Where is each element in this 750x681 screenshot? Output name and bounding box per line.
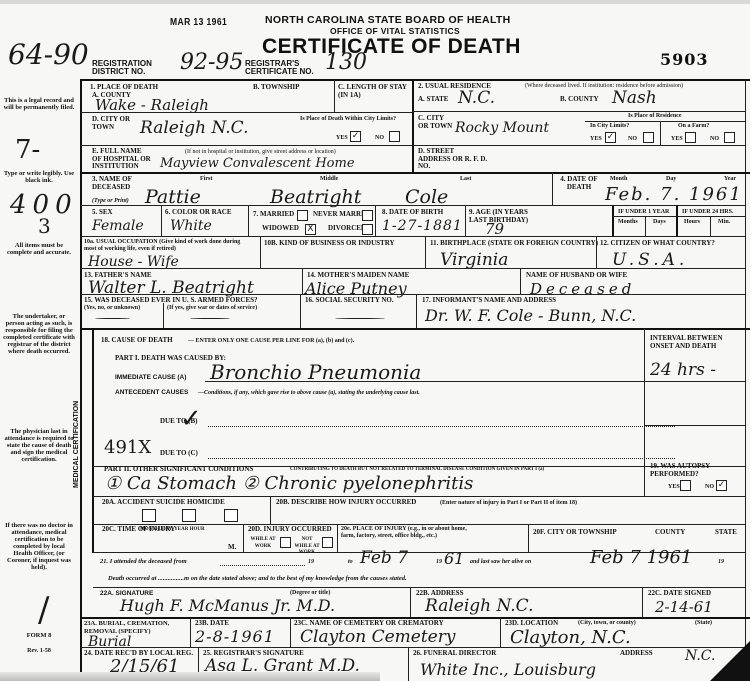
- note-type-legibly: Type or write legibly. Use black ink.: [3, 170, 75, 184]
- divider: [642, 587, 643, 617]
- city-limits-yes-label: YES: [590, 136, 602, 143]
- occupation-label: 10a. USUAL OCCUPATION (Give kind of work…: [84, 239, 254, 252]
- divider: [676, 205, 678, 236]
- divider: [80, 112, 412, 113]
- middle-name-label: Middle: [320, 176, 338, 183]
- institution-hint: (If not in hospital or institution, give…: [185, 149, 336, 156]
- form-revision: Rev. 1-58: [3, 648, 75, 655]
- type-or-print-hint: (Type or Print): [92, 198, 129, 205]
- scan-edge: [0, 0, 750, 4]
- injury-state-label: STATE: [715, 529, 737, 537]
- divider: [93, 496, 745, 497]
- due-to-c-label: DUE TO (c): [160, 450, 198, 458]
- antecedent-causes-hint: —Conditions, if any, which gave rise to …: [198, 390, 420, 397]
- attended-to-19-label: 19: [436, 559, 442, 566]
- armed-forces-label: 15. WAS DECEASED EVER IN U. S. ARMED FOR…: [84, 297, 258, 305]
- divider: [585, 121, 745, 122]
- time-of-injury-hint: MONTH, DAY, YEAR HOUR: [140, 527, 205, 534]
- registration-district-value: 92-95: [180, 50, 243, 75]
- part-2-value: ① Ca Stomach ② Chronic pyelonephritis: [105, 473, 473, 494]
- registrar-cert-value: 130: [325, 50, 367, 75]
- divorced-label: DIVORCED: [328, 225, 366, 233]
- spouse-label: NAME OF HUSBAND OR WIFE: [526, 272, 627, 280]
- divider: [375, 205, 376, 236]
- divider: [243, 524, 244, 552]
- divider: [80, 268, 745, 269]
- divider: [80, 145, 412, 146]
- last-saw-19-label: 19: [718, 559, 724, 566]
- within-limits-yes-label: YES: [336, 135, 348, 142]
- ssn-label: 16. SOCIAL SECURITY NO.: [305, 297, 394, 305]
- due-to-b-line: [208, 426, 675, 427]
- divider: [644, 381, 745, 382]
- city-label: d. CITY OR TOWN: [92, 116, 132, 131]
- farm-label: On a Farm?: [678, 123, 709, 130]
- margin-hw-7: 7-: [15, 135, 40, 165]
- within-limits-no-label: NO: [375, 135, 384, 142]
- margin-hw-slash: /: [38, 590, 49, 630]
- institution-value: Mayview Convalescent Home: [160, 156, 355, 171]
- scan-corner-shadow: [710, 641, 750, 681]
- divider: [596, 236, 597, 268]
- citizen-value: U.S.A.: [612, 250, 688, 270]
- residence-city-value: Rocky Mount: [455, 120, 549, 136]
- divider: [190, 617, 191, 647]
- registrar-cert-label: REGISTRAR'S CERTIFICATE NO.: [245, 60, 320, 76]
- city-limits-label: In City Limits?: [590, 123, 629, 130]
- under-1-year-label: IF UNDER 1 YEAR: [618, 209, 669, 216]
- days-label: Days: [653, 219, 666, 226]
- certificate-number: 5903: [660, 50, 709, 69]
- burial-method-label: 23a. BURIAL, CREMATION, REMOVAL (Specify…: [84, 620, 194, 635]
- divider: [93, 587, 745, 588]
- first-name-label: First: [200, 176, 212, 183]
- ssn-dash: [335, 318, 385, 319]
- attended-to-date: Feb 7: [360, 548, 408, 568]
- place-of-injury-label: 20e. PLACE OF INJURY (e.g., in or about …: [341, 526, 471, 539]
- note-physician: The physician last in attendance is requ…: [3, 428, 75, 463]
- divider: [161, 205, 162, 236]
- divider: [260, 236, 261, 268]
- frame-right-border: [745, 79, 746, 681]
- divider: [337, 524, 338, 552]
- while-at-work-checkbox[interactable]: [280, 537, 291, 548]
- form-number: FORM 8: [3, 632, 75, 639]
- divider: [412, 111, 745, 112]
- race-value: White: [170, 218, 212, 234]
- injury-county-label: COUNTY: [655, 529, 685, 537]
- divider: [528, 524, 529, 552]
- injury-type-label: 20a. ACCIDENT SUICIDE HOMICIDE: [102, 499, 225, 507]
- armed-forces-hint-yes-no: (Yes, no, or unknown): [84, 305, 140, 312]
- describe-injury-hint: (Enter nature of injury in Part I or Par…: [440, 500, 577, 507]
- day-label: Day: [666, 176, 676, 183]
- never-married-checkbox[interactable]: [362, 210, 373, 221]
- city-limits-no-checkbox[interactable]: [643, 132, 654, 143]
- scan-bottom-edge: [0, 672, 380, 681]
- divider: [644, 466, 645, 496]
- residence-county-label: b. COUNTY: [560, 96, 599, 104]
- in-place-label: Is Place of Residence: [628, 113, 682, 120]
- injury-city-label: 20f. CITY OR TOWNSHIP: [533, 529, 617, 537]
- street-address-label: d. STREET ADDRESS or R. F. D. NO.: [418, 148, 488, 171]
- divider: [334, 80, 335, 112]
- institution-label: e. FULL NAME OF HOSPITAL OR INSTITUTION: [92, 148, 152, 171]
- homicide-checkbox[interactable]: [224, 509, 238, 522]
- divider: [205, 381, 675, 382]
- divider: [80, 647, 745, 648]
- divider: [80, 294, 745, 295]
- divider: [408, 647, 409, 681]
- divider: [410, 587, 411, 617]
- note-no-doctor: If there was no doctor in attendance, me…: [3, 522, 75, 571]
- min-label: Min.: [718, 219, 730, 226]
- divider: [302, 268, 303, 294]
- funeral-address-label: ADDRESS: [620, 650, 653, 658]
- cemetery-value: Clayton Cemetery: [300, 627, 455, 647]
- cause-of-death-hint: — ENTER ONLY ONE CAUSE PER LINE FOR (a),…: [188, 338, 354, 345]
- informant-label: 17. INFORMANT'S NAME AND ADDRESS: [422, 297, 556, 305]
- margin-code: 64-90: [8, 38, 89, 71]
- time-m-label: M.: [228, 544, 236, 552]
- autopsy-yes-label: YES: [668, 484, 680, 491]
- sex-label: 5. SEX: [92, 209, 113, 217]
- under-24-hrs-label: IF UNDER 24 HRS.: [682, 209, 733, 216]
- injury-occurred-label: 20d. INJURY OCCURRED: [248, 526, 332, 534]
- married-checkbox[interactable]: [297, 210, 308, 221]
- while-at-work-label: WHILE AT WORK: [249, 537, 277, 550]
- medical-certification-label: MEDICAL CERTIFICATION: [73, 348, 80, 488]
- interval-label: INTERVAL BETWEEN ONSET AND DEATH: [650, 335, 745, 350]
- armed-forces-dash: [95, 318, 130, 319]
- divider: [520, 268, 521, 294]
- immediate-cause-label: IMMEDIATE CAUSE (a): [115, 374, 186, 382]
- divider: [660, 121, 661, 145]
- autopsy-label: 19. WAS AUTOPSY PERFORMED?: [650, 463, 745, 478]
- informant-value: Dr. W. F. Cole - Bunn, N.C.: [425, 306, 636, 325]
- cause-of-death-label: 18. CAUSE OF DEATH: [101, 337, 173, 345]
- birthplace-label: 11. BIRTHPLACE (State or foreign country…: [430, 240, 598, 248]
- divider: [500, 617, 501, 647]
- divider: [80, 172, 750, 174]
- farm-yes-checkbox[interactable]: [685, 132, 696, 143]
- divider: [290, 617, 291, 647]
- date-signed-label: 22c. DATE SIGNED: [648, 590, 711, 598]
- divider: [645, 216, 646, 236]
- divider: [270, 496, 271, 524]
- city-value: Raleigh N.C.: [140, 118, 249, 138]
- divider: [80, 236, 745, 237]
- month-label: Month: [610, 176, 627, 183]
- medical-cert-bar: [92, 330, 94, 553]
- divider: [93, 524, 745, 525]
- interval-value: 24 hrs -: [650, 360, 716, 380]
- divorced-checkbox[interactable]: [362, 224, 373, 235]
- registration-district-label: REGISTRATION DISTRICT NO.: [92, 60, 182, 76]
- divider: [300, 294, 301, 328]
- divider: [248, 205, 249, 236]
- last-name-label: Last: [460, 176, 471, 183]
- describe-injury-label: 20b. DESCRIBE HOW INJURY OCCURRED: [276, 499, 416, 507]
- sex-value: Female: [92, 218, 144, 234]
- birthplace-value: Virginia: [440, 250, 508, 270]
- not-while-at-work-checkbox[interactable]: [322, 537, 333, 548]
- date-signed-value: 2-14-61: [655, 598, 713, 616]
- burial-state-label: (State): [695, 620, 712, 627]
- burial-location-value: Clayton, N.C.: [510, 627, 631, 648]
- hours-label: Hours: [684, 219, 700, 226]
- autopsy-no-checkbox[interactable]: ✓: [716, 480, 727, 491]
- deceased-name-label: 3. NAME OF DECEASED: [92, 176, 152, 191]
- antecedent-causes-label: ANTECEDENT CAUSES: [115, 389, 188, 397]
- divider-death-residence: [412, 79, 414, 172]
- note-legal-record: This is a legal record and will be perma…: [3, 97, 75, 111]
- farm-no-checkbox[interactable]: [724, 132, 735, 143]
- business-label: 10b. KIND OF BUSINESS OR INDUSTRY: [264, 240, 395, 248]
- attended-to-label: to: [348, 559, 353, 566]
- widowed-label: WIDOWED: [262, 225, 299, 233]
- divider: [163, 303, 164, 328]
- page-title: CERTIFICATE OF DEATH: [262, 35, 521, 59]
- attended-to-year: 61: [444, 549, 464, 568]
- burial-location-hint: (City, town, or county): [578, 620, 636, 627]
- physician-address-value: Raleigh N.C.: [425, 596, 534, 616]
- dob-value: 1-27-1881: [382, 218, 463, 234]
- city-limits-yes-checkbox[interactable]: ✓: [605, 132, 616, 143]
- divider: [644, 425, 745, 426]
- residence-hint: (Where deceased lived. If institution: r…: [525, 83, 683, 90]
- divider: [612, 205, 614, 236]
- armed-service-dash: [190, 318, 230, 319]
- race-label: 6. COLOR OR RACE: [165, 209, 232, 217]
- widowed-checkbox[interactable]: X: [305, 224, 316, 235]
- autopsy-yes-checkbox[interactable]: [680, 480, 691, 491]
- not-while-at-work-label: NOT WHILE AT WORK: [293, 537, 321, 557]
- within-limits-yes-checkbox[interactable]: ✓: [350, 131, 361, 142]
- township-label: b. TOWNSHIP: [253, 84, 299, 92]
- residence-state-label: a. STATE: [418, 96, 448, 104]
- citizen-label: 12. CITIZEN OF WHAT COUNTRY?: [600, 240, 715, 248]
- divider: [465, 205, 466, 236]
- burial-date-value: 2-8-1961: [195, 627, 275, 646]
- funeral-director-value: White Inc., Louisburg: [420, 660, 596, 679]
- father-name-value: Walter L. Beatright: [88, 278, 254, 298]
- divider: [644, 328, 645, 466]
- due-to-checkmark: ✓: [180, 404, 202, 434]
- divider: [416, 294, 417, 328]
- suicide-checkbox[interactable]: [182, 509, 196, 522]
- within-limits-label: Is Place of Death Within City Limits?: [300, 116, 410, 123]
- date-of-death-label: 4. DATE OF DEATH: [560, 176, 598, 191]
- divider: [80, 328, 750, 330]
- note-undertaker: The undertaker, or person acting as such…: [3, 313, 75, 355]
- farm-yes-label: YES: [671, 136, 683, 143]
- death-occurred-statement: Death occurred at ................m on t…: [108, 576, 407, 583]
- margin-hw-3: 3: [38, 214, 51, 238]
- married-label: 7. MARRIED: [253, 211, 294, 219]
- last-seen-date: Feb 7 1961: [590, 547, 692, 568]
- note-complete-accurate: All items must be complete and accurate.: [3, 242, 75, 256]
- death-certificate: MAR 13 1961 NORTH CAROLINA STATE BOARD O…: [0, 0, 750, 681]
- divider: [412, 145, 745, 146]
- funeral-director-label: 26. FUNERAL DIRECTOR: [413, 650, 496, 658]
- residence-city-label: c. CITY OR TOWN: [418, 115, 453, 130]
- frame-left-border: [80, 79, 82, 681]
- residence-county-value: Nash: [612, 88, 657, 108]
- divider: [552, 172, 553, 205]
- divider: [425, 236, 426, 268]
- dob-label: 8. DATE OF BIRTH: [382, 209, 443, 217]
- length-of-stay-label: c. LENGTH OF STAY (in 1a): [338, 84, 408, 99]
- attended-from-label: 21. I attended the deceased from: [100, 559, 187, 566]
- physician-signature: Hugh F. McManus Jr. M.D.: [120, 596, 335, 615]
- received-stamp: MAR 13 1961: [170, 17, 227, 28]
- attended-19-label: 19: [308, 559, 314, 566]
- armed-forces-hint-war: (If yes, give war or dates of service): [167, 305, 257, 312]
- residence-state-value: N.C.: [458, 88, 495, 108]
- frame-top-border: [80, 79, 750, 81]
- year-label: Year: [724, 176, 736, 183]
- agency-heading: NORTH CAROLINA STATE BOARD OF HEALTH: [265, 14, 510, 26]
- attended-from-line: [220, 565, 305, 566]
- cause-margin-code: 491X: [104, 437, 151, 458]
- months-label: Months: [618, 219, 638, 226]
- city-limits-no-label: NO: [628, 136, 637, 143]
- accident-checkbox[interactable]: [142, 509, 156, 522]
- divider: [80, 205, 745, 206]
- due-to-c-line: [208, 458, 675, 459]
- date-of-death-value: Feb. 7. 1961: [605, 184, 743, 205]
- within-limits-no-checkbox[interactable]: [389, 131, 400, 142]
- divider: [710, 216, 711, 236]
- divider: [612, 216, 745, 217]
- autopsy-no-label: NO: [705, 484, 714, 491]
- farm-no-label: NO: [710, 136, 719, 143]
- last-saw-label: and last saw her alive on: [470, 559, 531, 566]
